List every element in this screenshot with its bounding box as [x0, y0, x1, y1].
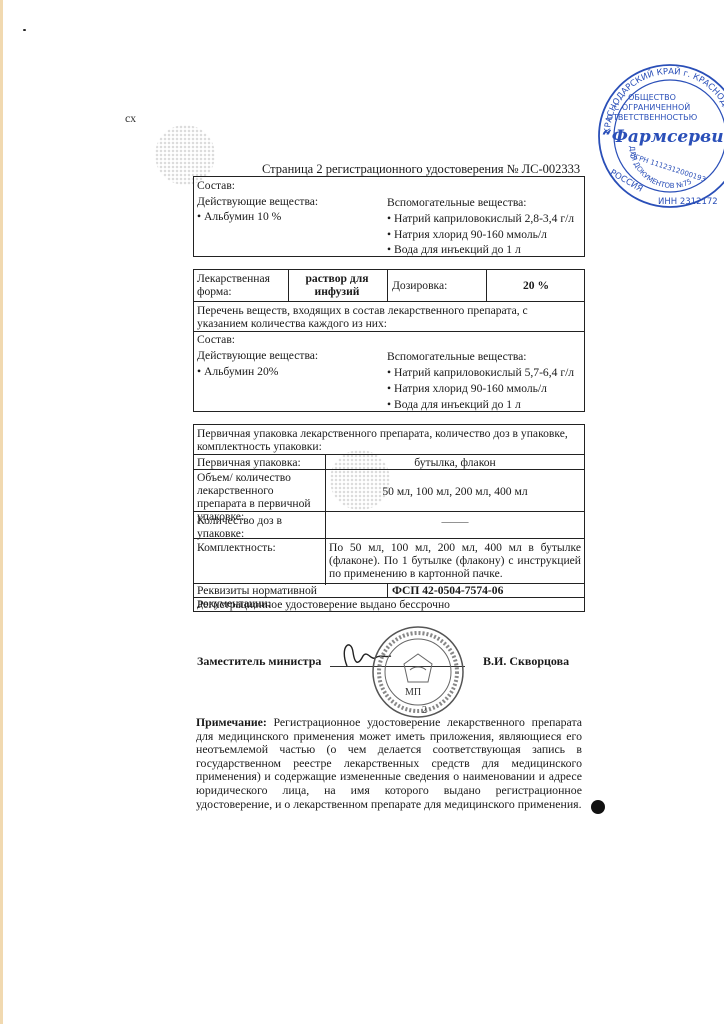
ministry-seal — [370, 624, 466, 720]
excipient-item: • Натрий каприловокислый 2,8-3,4 г/л — [387, 212, 574, 225]
packaging-table: Первичная упаковка лекарственного препар… — [193, 424, 585, 612]
handwritten-mark: сх — [125, 112, 136, 125]
note-paragraph: Примечание: Регистрационное удостоверени… — [196, 716, 582, 811]
page-header: Страница 2 регистрационного удостоверени… — [262, 162, 580, 177]
excipients-label: Вспомогательные вещества: — [387, 196, 527, 209]
note-label: Примечание: — [196, 715, 267, 729]
regdocs-value: ФСП 42-0504-7574-06 — [389, 583, 584, 598]
stamp-line3: ОТВЕТСТВЕННОСТЬЮ — [607, 113, 698, 122]
seal-mp-text: МП — [405, 686, 421, 699]
completeness-label: Комплектность: — [194, 540, 325, 555]
signatory-position: Заместитель министра — [197, 654, 321, 669]
form-label: Лекарственная форма: — [194, 271, 288, 299]
document-page: сх Страница 2 регистрационного удостовер… — [0, 0, 724, 1024]
excipient-item: • Натрий каприловокислый 5,7-6,4 г/л — [387, 366, 574, 379]
validity-statement: Регистрационное удостоверение выдано бес… — [194, 597, 584, 612]
signatory-name: В.И. Скворцова — [483, 654, 569, 669]
stamp-line2: С ОГРАНИЧЕННОЙ — [614, 101, 690, 112]
substances-list-label: Перечень веществ, входящих в состав лека… — [194, 303, 584, 331]
excipient-item: • Натрия хлорид 90-160 ммоль/л — [387, 228, 547, 241]
completeness-value: По 50 мл, 100 мл, 200 мл, 400 мл в бутыл… — [326, 540, 584, 581]
composition-label: Состав: — [197, 179, 235, 192]
stamp-line1: ОБЩЕСТВО — [628, 93, 676, 102]
active-substance-item: • Альбумин 20% — [197, 365, 278, 378]
active-substances-label: Действующие вещества: — [197, 349, 318, 362]
black-dot-mark — [591, 800, 605, 814]
active-substances-label: Действующие вещества: — [197, 195, 318, 208]
packaging-title: Первичная упаковка лекарственного препар… — [194, 426, 584, 454]
excipient-item: • Натрия хлорид 90-160 ммоль/л — [387, 382, 547, 395]
stamp-inn: ИНН 2312172 — [658, 197, 718, 207]
primary-packaging-label: Первичная упаковка: — [194, 455, 325, 470]
active-substance-item: • Альбумин 10 % — [197, 210, 281, 223]
dosage-label: Дозировка: — [389, 278, 485, 293]
composition-label: Состав: — [197, 333, 235, 346]
composition-table-20: Лекарственная форма: раствор для инфузий… — [193, 269, 585, 412]
doses-label: Количество доз в упаковке: — [194, 513, 325, 541]
page-edge — [0, 0, 3, 1024]
volume-value: 50 мл, 100 мл, 200 мл, 400 мл — [326, 484, 584, 499]
company-stamp: КРАСНОДАРСКИЙ КРАЙ г. КРАСНОДАР ОБЩЕСТВО… — [596, 62, 724, 212]
primary-packaging-value: бутылка, флакон — [326, 455, 584, 470]
excipients-label: Вспомогательные вещества: — [387, 350, 527, 363]
excipient-item: • Вода для инъекций до 1 л — [387, 398, 521, 411]
excipient-item: • Вода для инъекций до 1 л — [387, 243, 521, 256]
doses-value: ——— — [326, 515, 584, 530]
note-text: Регистрационное удостоверение лекарствен… — [196, 715, 582, 811]
form-value: раствор для инфузий — [290, 271, 384, 299]
stamp-company-name: “Фармсервис” — [602, 127, 724, 147]
speck — [23, 29, 26, 31]
dosage-value: 20 % — [488, 278, 584, 293]
composition-table-10: Состав: Действующие вещества: • Альбумин… — [193, 176, 585, 257]
